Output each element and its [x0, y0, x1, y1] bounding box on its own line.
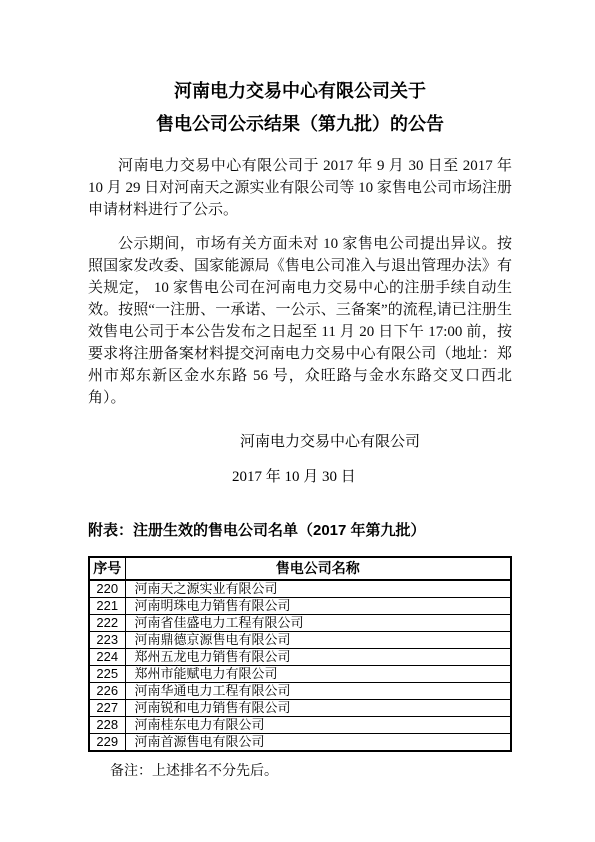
remark-note: 备注：上述排名不分先后。 [110, 762, 512, 782]
column-header-serial-no: 序号 [89, 557, 125, 580]
row-serial-number: 220 [89, 580, 125, 598]
row-serial-number: 228 [89, 717, 125, 734]
row-serial-number: 222 [89, 615, 125, 632]
table-body: 220 河南天之源实业有限公司 221 河南明珠电力销售有限公司 222 河南省… [89, 580, 511, 751]
attachment-heading: 附表：注册生效的售电公司名单（2017 年第九批） [88, 521, 512, 541]
document-title-line2: 售电公司公示结果（第九批）的公告 [88, 108, 512, 141]
table-row: 227 河南锐和电力销售有限公司 [89, 700, 511, 717]
table-row: 221 河南明珠电力销售有限公司 [89, 598, 511, 615]
row-serial-number: 221 [89, 598, 125, 615]
signature-organization: 河南电力交易中心有限公司 [240, 431, 512, 453]
row-company-name: 河南桂东电力有限公司 [125, 717, 511, 734]
table-row: 228 河南桂东电力有限公司 [89, 717, 511, 734]
company-table: 序号 售电公司名称 220 河南天之源实业有限公司 221 河南明珠电力销售有限… [88, 556, 512, 752]
table-head: 序号 售电公司名称 [89, 557, 511, 580]
table-row: 229 河南首源售电有限公司 [89, 734, 511, 752]
row-company-name: 郑州五龙电力销售有限公司 [125, 649, 511, 666]
signature-date: 2017 年 10 月 30 日 [232, 466, 512, 488]
table-row: 220 河南天之源实业有限公司 [89, 580, 511, 598]
row-serial-number: 225 [89, 666, 125, 683]
row-company-name: 河南锐和电力销售有限公司 [125, 700, 511, 717]
row-serial-number: 224 [89, 649, 125, 666]
row-serial-number: 226 [89, 683, 125, 700]
paragraph-registration-effective: 公示期间，市场有关方面未对 10 家售电公司提出异议。按照国家发改委、国家能源局… [88, 233, 512, 409]
row-company-name: 河南省佳盛电力工程有限公司 [125, 615, 511, 632]
paragraph-public-review: 河南电力交易中心有限公司于 2017 年 9 月 30 日至 2017 年 10… [88, 155, 512, 221]
row-company-name: 河南明珠电力销售有限公司 [125, 598, 511, 615]
column-header-company-name: 售电公司名称 [125, 557, 511, 580]
row-company-name: 河南首源售电有限公司 [125, 734, 511, 752]
document-title-line1: 河南电力交易中心有限公司关于 [88, 75, 512, 108]
row-company-name: 郑州市能赋电力有限公司 [125, 666, 511, 683]
table-row: 222 河南省佳盛电力工程有限公司 [89, 615, 511, 632]
row-company-name: 河南华通电力工程有限公司 [125, 683, 511, 700]
document-page: 河南电力交易中心有限公司关于 售电公司公示结果（第九批）的公告 河南电力交易中心… [0, 0, 595, 842]
document-content: 河南电力交易中心有限公司关于 售电公司公示结果（第九批）的公告 河南电力交易中心… [88, 0, 512, 782]
table-row: 223 河南鼎德京源售电有限公司 [89, 632, 511, 649]
table-row: 226 河南华通电力工程有限公司 [89, 683, 511, 700]
table-header-row: 序号 售电公司名称 [89, 557, 511, 580]
document-title: 河南电力交易中心有限公司关于 售电公司公示结果（第九批）的公告 [88, 75, 512, 141]
row-serial-number: 229 [89, 734, 125, 752]
row-serial-number: 223 [89, 632, 125, 649]
table-row: 225 郑州市能赋电力有限公司 [89, 666, 511, 683]
table-row: 224 郑州五龙电力销售有限公司 [89, 649, 511, 666]
row-company-name: 河南天之源实业有限公司 [125, 580, 511, 598]
row-serial-number: 227 [89, 700, 125, 717]
row-company-name: 河南鼎德京源售电有限公司 [125, 632, 511, 649]
